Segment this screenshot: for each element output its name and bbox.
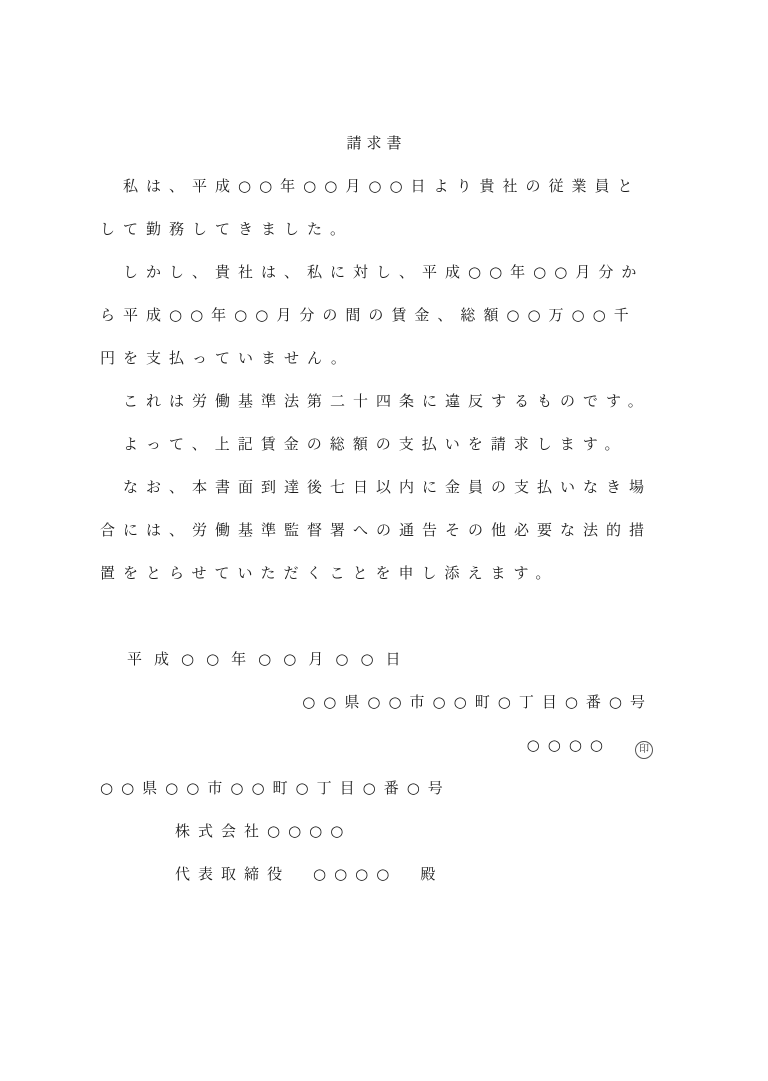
demand-letter-document: 請求書 私は、平成○○年○○月○○日より貴社の従業員と して勤務してきました。 … (100, 122, 653, 896)
body-line: よって、上記賃金の総額の支払いを請求します。 (100, 423, 653, 466)
sender-name: ○○○○ (527, 736, 611, 754)
body-line: しかし、貴社は、私に対し、平成○○年○○月分か (100, 251, 653, 294)
seal-icon: 印 (635, 741, 653, 759)
date-line: 平成○○年○○月○○日 (100, 638, 653, 681)
sender-name-line: ○○○○印 (100, 724, 653, 767)
body-line: これは労働基準法第二十四条に違反するものです。 (100, 380, 653, 423)
body-line: 合には、労働基準監督署への通告その他必要な法的措 (100, 509, 653, 552)
document-page: { "page": { "background_color": "#ffffff… (0, 0, 768, 1081)
recipient-address: ○○県○○市○○町○丁目○番○号 (100, 767, 653, 810)
body-line: 置をとらせていただくことを申し添えます。 (100, 552, 653, 595)
body-line: なお、本書面到達後七日以内に金員の支払いなき場 (100, 466, 653, 509)
blank-line (100, 595, 653, 638)
body-line: 私は、平成○○年○○月○○日より貴社の従業員と (100, 165, 653, 208)
body-line: 円を支払っていません。 (100, 337, 653, 380)
body-line: して勤務してきました。 (100, 208, 653, 251)
body-line: ら平成○○年○○月分の間の賃金、総額○○万○○千 (100, 294, 653, 337)
recipient-company: 株式会社○○○○ (100, 810, 653, 853)
recipient-representative: 代表取締役 ○○○○ 殿 (100, 853, 653, 896)
document-title: 請求書 (100, 122, 653, 165)
sender-address: ○○県○○市○○町○丁目○番○号 (100, 681, 653, 724)
